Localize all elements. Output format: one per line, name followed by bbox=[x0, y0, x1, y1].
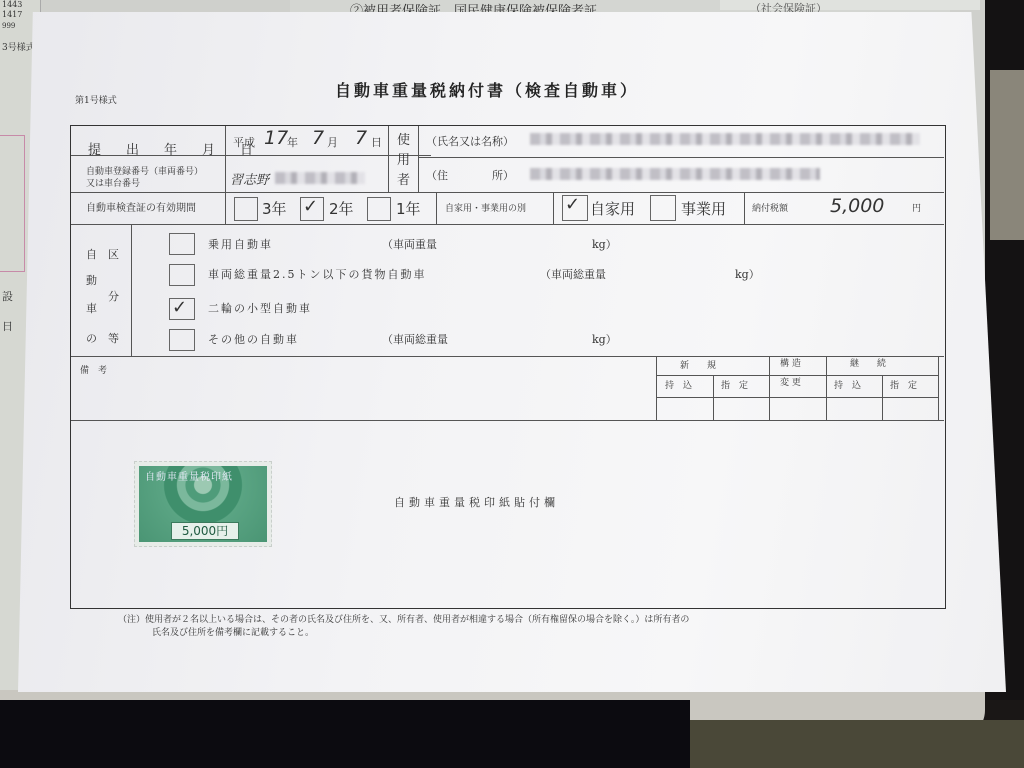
row-divider bbox=[656, 375, 938, 376]
continuing-designated: 指 定 bbox=[890, 380, 917, 392]
continuing-bring-in: 持 込 bbox=[834, 380, 861, 392]
structure-change-line2: 変 更 bbox=[780, 377, 801, 389]
freight-vehicle-checkbox[interactable] bbox=[169, 264, 195, 286]
registration-value[interactable]: 習志野 bbox=[230, 169, 269, 188]
registration-label-line2: 又は車台番号 bbox=[86, 178, 140, 190]
small-two-wheeler-label: 二輪の小型自動車 bbox=[208, 300, 312, 316]
pink-box bbox=[0, 135, 25, 272]
col-divider bbox=[826, 356, 827, 420]
user-name-label: （氏名又は名称） bbox=[426, 133, 514, 149]
validity-2yr-checkbox[interactable]: ✓ bbox=[300, 197, 324, 221]
freight-vehicle-label: 車両総重量2.5トン以下の貨物自動車 bbox=[208, 266, 427, 282]
col-divider bbox=[656, 356, 657, 420]
passenger-car-weight-unit: kg） bbox=[592, 236, 617, 252]
user-address-redacted bbox=[530, 168, 820, 180]
row-divider bbox=[71, 356, 944, 357]
row-divider bbox=[656, 397, 938, 398]
footnote-line2: 氏名及び住所を備考欄に記載すること。 bbox=[118, 628, 314, 638]
underlying-document-header-right: （社会保険証） bbox=[720, 0, 980, 10]
col-divider bbox=[436, 192, 437, 224]
year-value[interactable]: 17 bbox=[264, 127, 288, 149]
business-use-checkbox[interactable] bbox=[650, 195, 676, 221]
col-divider bbox=[388, 126, 389, 192]
era-label: 平成 bbox=[233, 134, 255, 150]
other-vehicle-weight-label: （車両総重量 bbox=[382, 331, 448, 347]
category-label-char: 区 bbox=[108, 246, 119, 262]
category-label-char: 分 bbox=[108, 288, 119, 304]
col-divider bbox=[744, 192, 745, 224]
user-label: 使用者 bbox=[397, 131, 411, 191]
passenger-car-checkbox[interactable] bbox=[169, 233, 195, 255]
row-divider bbox=[418, 157, 944, 158]
tax-amount-unit: 円 bbox=[912, 203, 921, 215]
registration-redacted bbox=[275, 172, 365, 184]
col-divider bbox=[418, 126, 419, 192]
footnote-tag: （注） bbox=[118, 615, 145, 625]
registration-label-line1: 自動車登録番号（車両番号） bbox=[86, 166, 203, 178]
check-icon: ✓ bbox=[172, 297, 187, 318]
footnote-line1: 使用者が２名以上いる場合は、その者の氏名及び住所を、又、所有者、使用者が相違する… bbox=[145, 615, 689, 625]
day-value[interactable]: 7 bbox=[355, 127, 367, 149]
new-designated: 指 定 bbox=[721, 380, 748, 392]
category-label-char: 動 bbox=[86, 272, 97, 288]
new-bring-in: 持 込 bbox=[665, 380, 692, 392]
month-unit: 月 bbox=[327, 134, 338, 150]
col-divider bbox=[938, 356, 939, 420]
stamp-area-label: 自動車重量税印紙貼付欄 bbox=[394, 494, 559, 510]
remarks-label: 備 考 bbox=[80, 365, 107, 377]
background-card bbox=[990, 70, 1024, 240]
passenger-car-label: 乗用自動車 bbox=[208, 236, 273, 252]
passenger-car-weight-label: （車両重量 bbox=[382, 236, 437, 252]
user-name-redacted bbox=[530, 133, 920, 145]
new-header: 新 規 bbox=[680, 360, 716, 372]
other-vehicle-weight-unit: kg） bbox=[592, 331, 617, 347]
row-divider bbox=[71, 420, 944, 421]
floor-area bbox=[690, 720, 1024, 768]
col-divider bbox=[131, 224, 132, 356]
form-number: 第1号様式 bbox=[75, 93, 117, 106]
freight-vehicle-weight-unit: kg） bbox=[735, 266, 760, 282]
business-use-label: 事業用 bbox=[681, 198, 726, 219]
structure-change-line1: 構 造 bbox=[780, 358, 801, 370]
stamp-value: 5,000円 bbox=[171, 522, 239, 540]
other-vehicle-checkbox[interactable] bbox=[169, 329, 195, 351]
freight-vehicle-weight-label: （車両総重量 bbox=[540, 266, 606, 282]
year-unit: 年 bbox=[287, 134, 298, 150]
check-icon: ✓ bbox=[565, 194, 580, 215]
validity-1yr-label: 1年 bbox=[396, 198, 421, 219]
stamp-title: 自動車重量税印紙 bbox=[145, 468, 233, 483]
day-unit: 日 bbox=[371, 134, 382, 150]
col-divider bbox=[553, 192, 554, 224]
other-vehicle-label: その他の自動車 bbox=[208, 331, 299, 347]
private-use-checkbox[interactable]: ✓ bbox=[562, 195, 588, 221]
check-icon: ✓ bbox=[303, 196, 318, 217]
continuing-header: 継 続 bbox=[850, 358, 886, 370]
small-two-wheeler-checkbox[interactable]: ✓ bbox=[169, 298, 195, 320]
tax-amount-value[interactable]: 5,000 bbox=[830, 195, 884, 217]
col-divider bbox=[769, 356, 770, 420]
validity-label: 自動車検査証の有効期間 bbox=[86, 203, 196, 215]
category-label-char: 車 bbox=[86, 300, 97, 316]
footnote: （注）使用者が２名以上いる場合は、その者の氏名及び住所を、又、所有者、使用者が相… bbox=[118, 614, 818, 640]
validity-3yr-label: 3年 bbox=[262, 198, 287, 219]
category-label-char: 自 bbox=[86, 246, 97, 262]
user-address-label: （住 所） bbox=[426, 167, 514, 183]
usage-type-label: 自家用・事業用の別 bbox=[445, 203, 526, 215]
private-use-label: 自家用 bbox=[590, 198, 635, 219]
category-label-char: の bbox=[86, 330, 97, 346]
revenue-stamp: 自動車重量税印紙 5,000円 bbox=[134, 461, 272, 547]
tax-amount-label: 納付税額 bbox=[752, 203, 788, 215]
validity-2yr-label: 2年 bbox=[329, 198, 354, 219]
category-label-char: 等 bbox=[108, 330, 119, 346]
form-title: 自動車重量税納付書（検査自動車） bbox=[335, 78, 639, 101]
validity-1yr-checkbox[interactable] bbox=[367, 197, 391, 221]
shadow-area bbox=[0, 700, 690, 768]
month-value[interactable]: 7 bbox=[312, 127, 324, 149]
col-divider bbox=[882, 375, 883, 420]
row-divider bbox=[71, 192, 944, 193]
col-divider bbox=[713, 375, 714, 420]
row-divider bbox=[71, 224, 944, 225]
validity-3yr-checkbox[interactable] bbox=[234, 197, 258, 221]
